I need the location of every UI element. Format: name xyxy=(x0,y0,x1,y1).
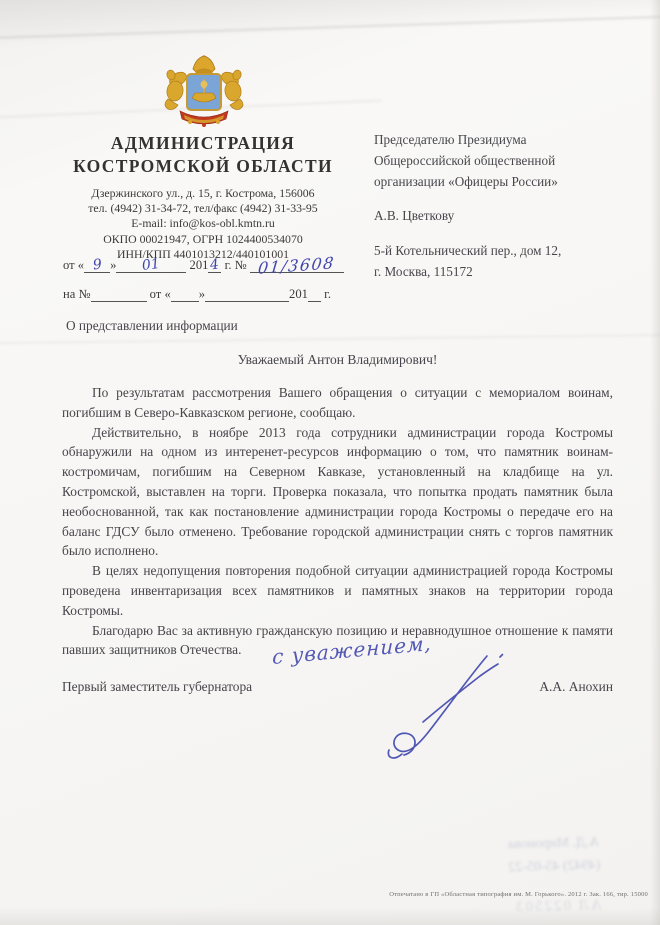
scanned-letter-page: АДМИНИСТРАЦИЯ КОСТРОМСКОЙ ОБЛАСТИ Дзержи… xyxy=(0,0,660,925)
recipient-block: Председателю Президиума Общероссийской о… xyxy=(374,130,630,283)
handwritten-month: 01 xyxy=(142,256,162,274)
handwritten-outgoing-number: 01/3608 xyxy=(257,253,336,278)
bleed-through-line: (4942) 45-05-22 xyxy=(470,853,639,880)
reply-label: на № xyxy=(63,287,91,301)
ref-day-underline: 9 xyxy=(84,258,110,273)
recipient-title-line2: Общероссийской общественной xyxy=(374,151,630,172)
recipient-address-line1: 5-й Котельнический пер., дом 12, xyxy=(374,241,630,262)
ref-number-label: г. № xyxy=(225,258,247,272)
ref-year-underline: 4 xyxy=(208,258,221,273)
paper-crease xyxy=(0,334,660,344)
paragraph: По результатам рассмотрения Вашего обращ… xyxy=(62,383,613,423)
reply-day-underline xyxy=(171,287,199,302)
signoff-row: Первый заместитель губернатора А.А. Анох… xyxy=(62,679,613,695)
subject-line: О представлении информации xyxy=(66,318,238,334)
reply-year-unit: г. xyxy=(324,287,331,301)
letterhead-contacts: Дзержинского ул., д. 15, г. Кострома, 15… xyxy=(40,186,366,262)
ref-month-underline: 01 xyxy=(116,258,186,273)
handwritten-year-digit: 4 xyxy=(210,257,221,274)
ref-number-underline: 01/3608 xyxy=(250,258,344,273)
letterhead-okpo-ogrn: ОКПО 00021947, ОГРН 1024400534070 xyxy=(40,232,366,247)
print-info: Отпечатано в ГП «Областная типография им… xyxy=(389,891,648,898)
letterhead-phone: тел. (4942) 31-34-72, тел/факс (4942) 31… xyxy=(40,201,366,216)
signer-name: А.А. Анохин xyxy=(539,679,613,695)
reply-number-underline xyxy=(91,287,147,302)
ref-year-printed: 201 xyxy=(190,258,209,272)
signer-title: Первый заместитель губернатора xyxy=(62,679,252,695)
paragraph: Действительно, в ноябре 2013 года сотруд… xyxy=(62,423,613,562)
reply-year-printed: 201 xyxy=(289,287,308,301)
org-name-line2: КОСТРОМСКОЙ ОБЛАСТИ xyxy=(40,155,366,178)
letterhead-email: E-mail: info@kos-obl.kmtn.ru xyxy=(40,216,366,231)
letterhead: АДМИНИСТРАЦИЯ КОСТРОМСКОЙ ОБЛАСТИ Дзержи… xyxy=(40,132,366,262)
paper-shadow-right xyxy=(650,0,660,925)
signature xyxy=(366,646,516,761)
outgoing-ref-line: от «9»01 2014 г. № 01/3608 xyxy=(63,258,368,273)
ref-from-label: от « xyxy=(63,258,84,272)
letter-body: По результатам рассмотрения Вашего обращ… xyxy=(62,383,613,660)
recipient-title-line1: Председателю Президиума xyxy=(374,130,630,151)
handwritten-day: 9 xyxy=(92,257,103,274)
reply-from-label: от « xyxy=(150,287,171,301)
incoming-ref-line: на № от «»201 г. xyxy=(63,287,368,302)
org-name-line1: АДМИНИСТРАЦИЯ xyxy=(40,132,366,155)
coat-of-arms-icon xyxy=(148,52,260,132)
paragraph: В целях недопущения повторения подобной … xyxy=(62,561,613,620)
reply-month-underline xyxy=(205,287,289,302)
letterhead-address: Дзержинского ул., д. 15, г. Кострома, 15… xyxy=(40,186,366,201)
bleed-through-text: А.Д. Миронова (4942) 45-05-22 xyxy=(469,830,638,880)
reply-year-underline xyxy=(308,287,321,302)
recipient-name: А.В. Цветкову xyxy=(374,206,630,227)
recipient-title-line3: организации «Офицеры России» xyxy=(374,172,630,193)
salutation: Уважаемый Антон Владимирович! xyxy=(62,352,613,368)
recipient-address-line2: г. Москва, 115172 xyxy=(374,262,630,283)
